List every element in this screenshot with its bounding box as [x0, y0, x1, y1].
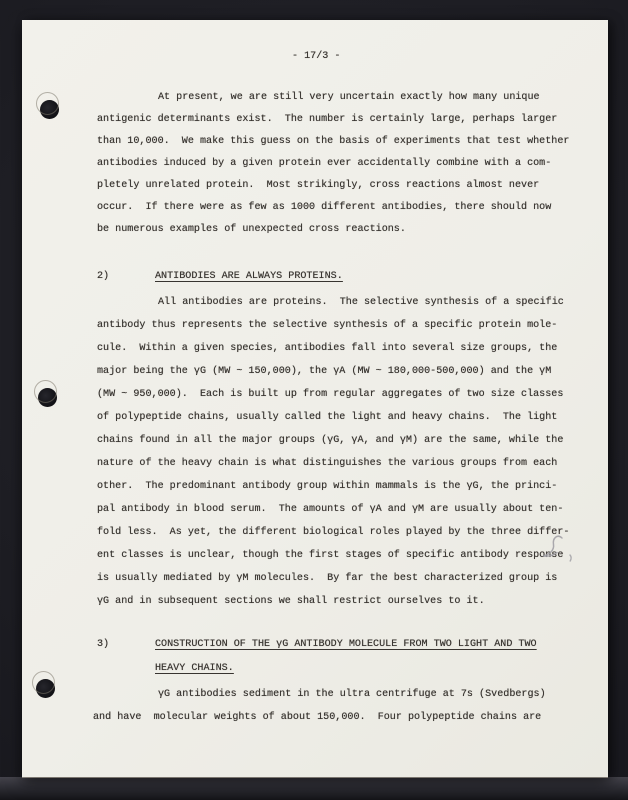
punch-hole	[38, 388, 57, 407]
text-line: pletely unrelated protein. Most striking…	[97, 180, 539, 192]
text-line: occur. If there were as few as 1000 diff…	[97, 202, 551, 214]
text-line: other. The predominant antibody group wi…	[97, 481, 557, 493]
text-line: major being the γG (MW ~ 150,000), the γ…	[97, 366, 551, 378]
text-line: nature of the heavy chain is what distin…	[97, 458, 557, 470]
handwritten-pencil-mark	[540, 531, 580, 569]
text-line: All antibodies are proteins. The selecti…	[158, 297, 564, 309]
paper: - 17/3 -At present, we are still very un…	[22, 20, 608, 777]
text-line: antibodies induced by a given protein ev…	[97, 158, 551, 170]
text-line: At present, we are still very uncertain …	[158, 92, 540, 104]
text-line: fold less. As yet, the different biologi…	[97, 527, 569, 539]
text-line: be numerous examples of unexpected cross…	[97, 224, 406, 236]
text-line: antigenic determinants exist. The number…	[97, 114, 557, 126]
punch-hole	[40, 100, 59, 119]
text-line: cule. Within a given species, antibodies…	[97, 343, 557, 355]
text-line: chains found in all the major groups (γG…	[97, 435, 563, 447]
section-heading: CONSTRUCTION OF THE γG ANTIBODY MOLECULE…	[155, 639, 537, 651]
page-number: - 17/3 -	[292, 51, 340, 63]
text-line: pal antibody in blood serum. The amounts…	[97, 504, 563, 516]
text-line: γG antibodies sediment in the ultra cent…	[158, 689, 546, 701]
scanner-bed-edge	[0, 777, 628, 800]
section-number: 2)	[97, 271, 109, 283]
text-line: γG and in subsequent sections we shall r…	[97, 596, 485, 608]
text-line: of polypeptide chains, usually called th…	[97, 412, 557, 424]
text-line: than 10,000. We make this guess on the b…	[97, 136, 569, 148]
section-heading: ANTIBODIES ARE ALWAYS PROTEINS.	[155, 271, 343, 283]
text-line: is usually mediated by γM molecules. By …	[97, 573, 557, 585]
section-heading: HEAVY CHAINS.	[155, 663, 234, 675]
text-line: ent classes is unclear, though the first…	[97, 550, 563, 562]
punch-hole	[36, 679, 55, 698]
text-line: (MW ~ 950,000). Each is built up from re…	[97, 389, 563, 401]
text-line: antibody thus represents the selective s…	[97, 320, 557, 332]
scanned-document-background: - 17/3 -At present, we are still very un…	[0, 0, 628, 800]
text-line: and have molecular weights of about 150,…	[93, 712, 541, 724]
section-number: 3)	[97, 639, 109, 651]
